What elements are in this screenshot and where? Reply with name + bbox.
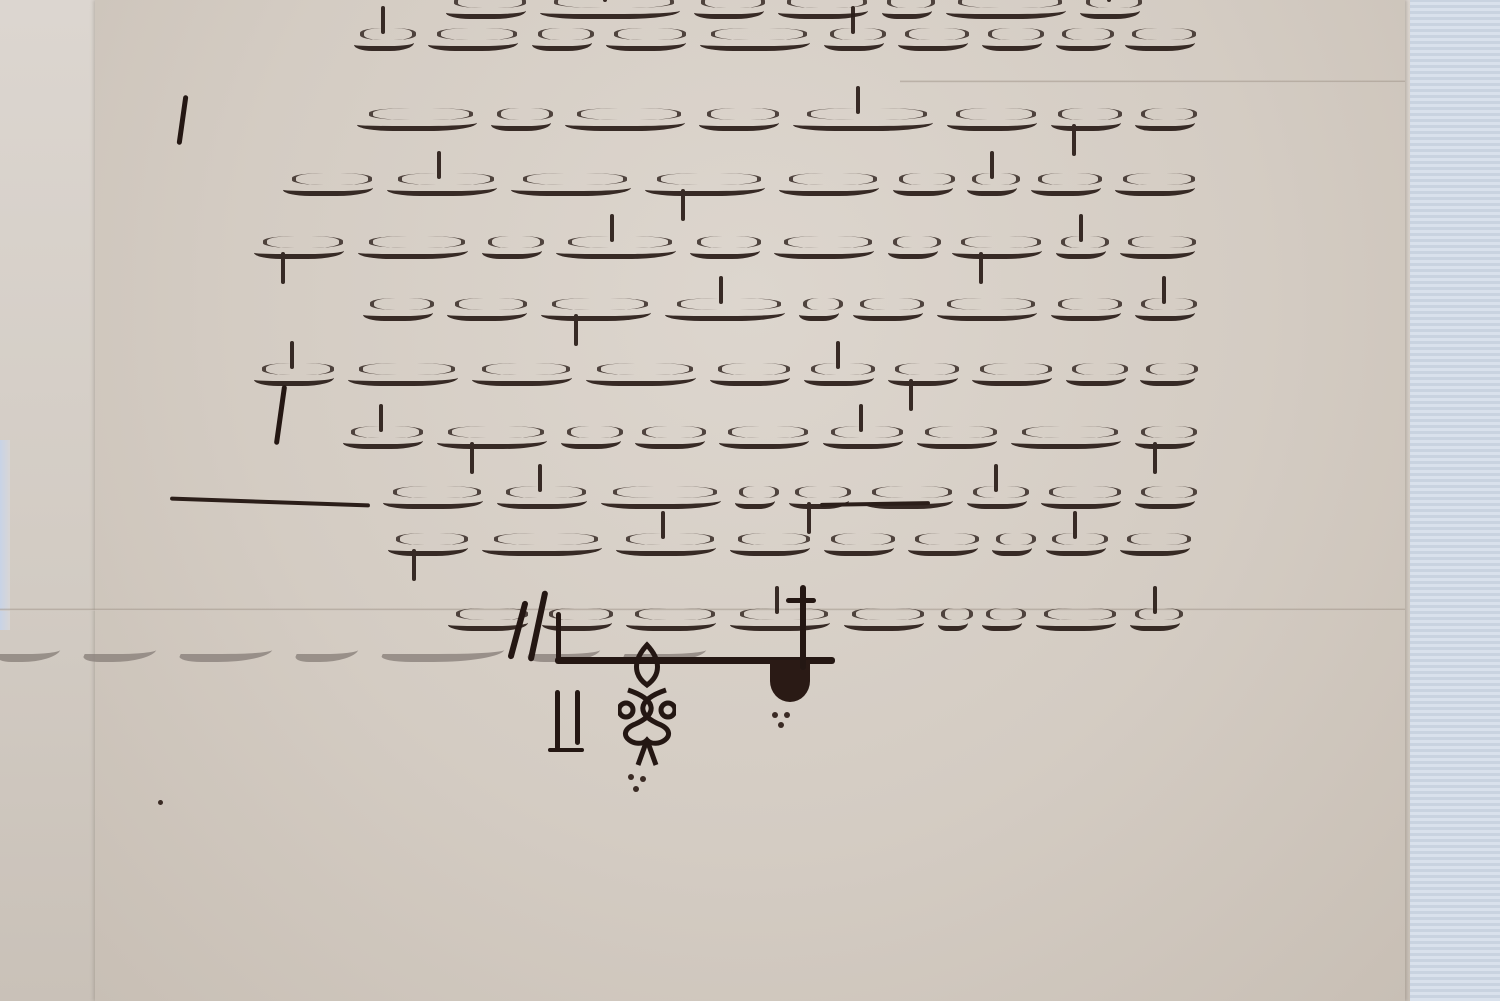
offset-word — [177, 640, 277, 662]
handwritten-word — [616, 535, 716, 556]
handwritten-word — [357, 110, 477, 131]
ink-dot — [778, 722, 784, 728]
handwritten-word — [947, 110, 1037, 131]
handwritten-word — [1041, 488, 1121, 509]
handwritten-word — [690, 238, 760, 259]
handwritten-word — [779, 175, 879, 196]
handwritten-word — [511, 175, 631, 196]
handwritten-word — [601, 488, 721, 509]
handwritten-word — [694, 0, 764, 19]
text-line — [343, 418, 1195, 458]
fold-crease — [900, 80, 1405, 83]
handwritten-word — [387, 175, 497, 196]
handwritten-word — [626, 610, 716, 631]
handwritten-word — [1130, 610, 1180, 631]
handwritten-word — [1036, 610, 1116, 631]
handwritten-word — [1031, 175, 1101, 196]
handwritten-word — [1051, 110, 1121, 131]
handwritten-word — [447, 300, 527, 321]
handwritten-word — [497, 488, 587, 509]
signature-stroke — [556, 612, 561, 660]
handwritten-word — [358, 238, 468, 259]
handwritten-word — [844, 610, 924, 631]
handwritten-word — [719, 428, 809, 449]
handwritten-word — [606, 30, 686, 51]
initials-mark — [548, 748, 584, 752]
handwritten-word — [1051, 300, 1121, 321]
handwritten-word — [1080, 0, 1140, 19]
handwritten-word — [383, 488, 483, 509]
left-edge-gap — [0, 440, 10, 630]
handwritten-word — [937, 300, 1037, 321]
handwritten-word — [882, 0, 932, 19]
handwritten-word — [1135, 300, 1195, 321]
handwritten-word — [938, 610, 968, 631]
handwritten-word — [908, 535, 978, 556]
handwritten-word — [586, 365, 696, 386]
handwritten-word — [254, 238, 344, 259]
ink-dot — [633, 786, 639, 792]
handwritten-word — [363, 300, 433, 321]
handwritten-word — [893, 175, 953, 196]
offset-word — [379, 640, 509, 662]
handwritten-word — [888, 238, 938, 259]
handwritten-word — [541, 300, 651, 321]
text-line — [354, 20, 1195, 60]
handwritten-word — [774, 238, 874, 259]
offset-word — [0, 640, 65, 662]
handwritten-word — [540, 0, 680, 19]
handwritten-word — [710, 365, 790, 386]
handwritten-word — [982, 30, 1042, 51]
handwritten-word — [472, 365, 572, 386]
handwritten-word — [665, 300, 785, 321]
handwritten-word — [946, 0, 1066, 19]
handwritten-word — [1011, 428, 1121, 449]
offset-word — [81, 640, 161, 662]
handwritten-word — [972, 365, 1052, 386]
handwritten-word — [645, 175, 765, 196]
handwritten-word — [437, 428, 547, 449]
ink-dot — [784, 712, 790, 718]
handwritten-word — [542, 610, 612, 631]
handwritten-word — [730, 610, 830, 631]
text-line — [254, 228, 1195, 268]
handwritten-word — [565, 110, 685, 131]
knot-flourish — [618, 640, 676, 770]
handwritten-word — [1135, 110, 1195, 131]
handwritten-word — [388, 535, 468, 556]
ink-dot — [628, 774, 634, 780]
handwritten-word — [1056, 30, 1111, 51]
handwritten-word — [1135, 488, 1195, 509]
handwritten-word — [635, 428, 705, 449]
handwritten-word — [824, 535, 894, 556]
handwritten-word — [793, 110, 933, 131]
handwritten-word — [799, 300, 839, 321]
handwritten-word — [556, 238, 676, 259]
handwritten-word — [967, 175, 1017, 196]
handwritten-word — [730, 535, 810, 556]
handwritten-word — [482, 238, 542, 259]
initials-mark — [575, 690, 580, 745]
initials-mark — [555, 690, 560, 750]
handwritten-word — [1056, 238, 1106, 259]
handwritten-word — [699, 110, 779, 131]
ink-dot — [772, 712, 778, 718]
handwritten-word — [348, 365, 458, 386]
handwritten-word — [532, 30, 592, 51]
handwritten-word — [700, 30, 810, 51]
signature-stroke — [786, 598, 816, 603]
text-line — [388, 525, 1190, 565]
ink-dot — [640, 776, 646, 782]
handwritten-word — [853, 300, 923, 321]
handwritten-word — [952, 238, 1042, 259]
handwritten-word — [823, 428, 903, 449]
handwritten-word — [804, 365, 874, 386]
handwritten-word — [967, 488, 1027, 509]
handwritten-word — [482, 535, 602, 556]
handwritten-word — [735, 488, 775, 509]
text-line — [363, 290, 1195, 330]
handwritten-word — [1125, 30, 1195, 51]
handwritten-word — [254, 365, 334, 386]
handwritten-word — [898, 30, 968, 51]
handwritten-word — [1140, 365, 1195, 386]
handwritten-word — [1135, 428, 1195, 449]
handwritten-word — [354, 30, 414, 51]
handwritten-word — [1066, 365, 1126, 386]
ink-speck — [158, 800, 163, 805]
handwritten-word — [1120, 535, 1190, 556]
handwritten-word — [343, 428, 423, 449]
handwritten-word — [446, 0, 526, 19]
handwritten-word — [824, 30, 884, 51]
text-line — [357, 100, 1195, 140]
handwritten-word — [917, 428, 997, 449]
handwritten-word — [561, 428, 621, 449]
handwritten-word — [1046, 535, 1106, 556]
text-line — [254, 355, 1195, 395]
handwritten-word — [491, 110, 551, 131]
handwritten-word — [982, 610, 1022, 631]
text-line — [283, 165, 1195, 205]
handwritten-word — [428, 30, 518, 51]
handwritten-word — [992, 535, 1032, 556]
handwritten-word — [888, 365, 958, 386]
handwritten-word — [1115, 175, 1195, 196]
offset-word — [293, 640, 363, 662]
handwritten-word — [1120, 238, 1195, 259]
handwritten-word — [283, 175, 373, 196]
